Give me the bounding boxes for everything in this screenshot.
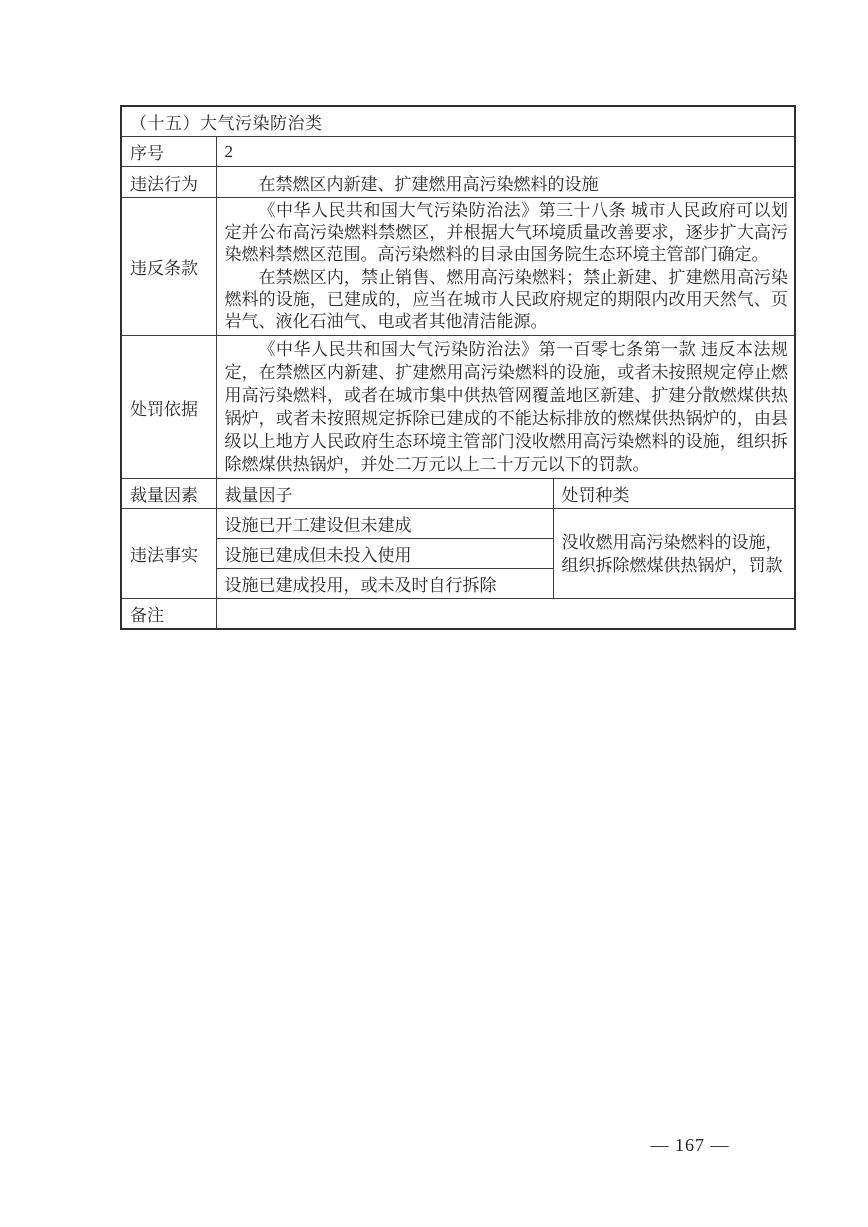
penalty-basis-row: 处罚依据 《中华人民共和国大气污染防治法》第一百零七条第一款 违反本法规定，在禁… [121, 336, 795, 479]
serial-label: 序号 [121, 137, 216, 167]
illegal-fact-item-2: 设施已建成但未投入使用 [216, 539, 553, 569]
violated-clause-label: 违反条款 [121, 198, 216, 336]
illegal-fact-row-1: 违法事实 设施已开工建设但未建成 没收燃用高污染燃料的设施，组织拆除燃煤供热锅炉… [121, 509, 795, 539]
document-page: （十五）大气污染防治类 序号 2 违法行为 在禁燃区内新建、扩建燃用高污染燃料的… [0, 0, 868, 1227]
category-header: （十五）大气污染防治类 [121, 106, 795, 137]
violated-clause-paragraph-2: 在禁燃区内，禁止销售、燃用高污染燃料；禁止新建、扩建燃用高污染燃料的设施，已建成… [225, 267, 789, 334]
violated-clause-value: 《中华人民共和国大气污染防治法》第三十八条 城市人民政府可以划定并公布高污染燃料… [216, 198, 795, 336]
penalty-basis-paragraph: 《中华人民共和国大气污染防治法》第一百零七条第一款 违反本法规定，在禁燃区内新建… [225, 338, 789, 476]
page-number-text: — 167 — [651, 1135, 730, 1155]
penalty-type-value: 没收燃用高污染燃料的设施，组织拆除燃煤供热锅炉，罚款 [553, 509, 795, 599]
remarks-label: 备注 [121, 599, 216, 630]
discretion-factor-label: 裁量因素 [121, 479, 216, 509]
violation-act-label: 违法行为 [121, 167, 216, 198]
category-header-row: （十五）大气污染防治类 [121, 106, 795, 137]
page-number: — 167 — [590, 1135, 790, 1156]
illegal-fact-label: 违法事实 [121, 509, 216, 599]
violation-act-row: 违法行为 在禁燃区内新建、扩建燃用高污染燃料的设施 [121, 167, 795, 198]
violated-clause-paragraph-1: 《中华人民共和国大气污染防治法》第三十八条 城市人民政府可以划定并公布高污染燃料… [225, 200, 789, 267]
illegal-fact-item-3: 设施已建成投用，或未及时自行拆除 [216, 569, 553, 599]
remarks-value [216, 599, 795, 630]
serial-row: 序号 2 [121, 137, 795, 167]
penalty-type-header: 处罚种类 [553, 479, 795, 509]
discretion-factor-subheader: 裁量因子 [216, 479, 553, 509]
serial-value: 2 [216, 137, 795, 167]
penalty-basis-value: 《中华人民共和国大气污染防治法》第一百零七条第一款 违反本法规定，在禁燃区内新建… [216, 336, 795, 479]
penalty-basis-label: 处罚依据 [121, 336, 216, 479]
penalty-regulation-table: （十五）大气污染防治类 序号 2 违法行为 在禁燃区内新建、扩建燃用高污染燃料的… [120, 105, 796, 630]
discretion-factor-header-row: 裁量因素 裁量因子 处罚种类 [121, 479, 795, 509]
remarks-row: 备注 [121, 599, 795, 630]
violated-clause-row: 违反条款 《中华人民共和国大气污染防治法》第三十八条 城市人民政府可以划定并公布… [121, 198, 795, 336]
illegal-fact-item-1: 设施已开工建设但未建成 [216, 509, 553, 539]
violation-act-value: 在禁燃区内新建、扩建燃用高污染燃料的设施 [216, 167, 795, 198]
